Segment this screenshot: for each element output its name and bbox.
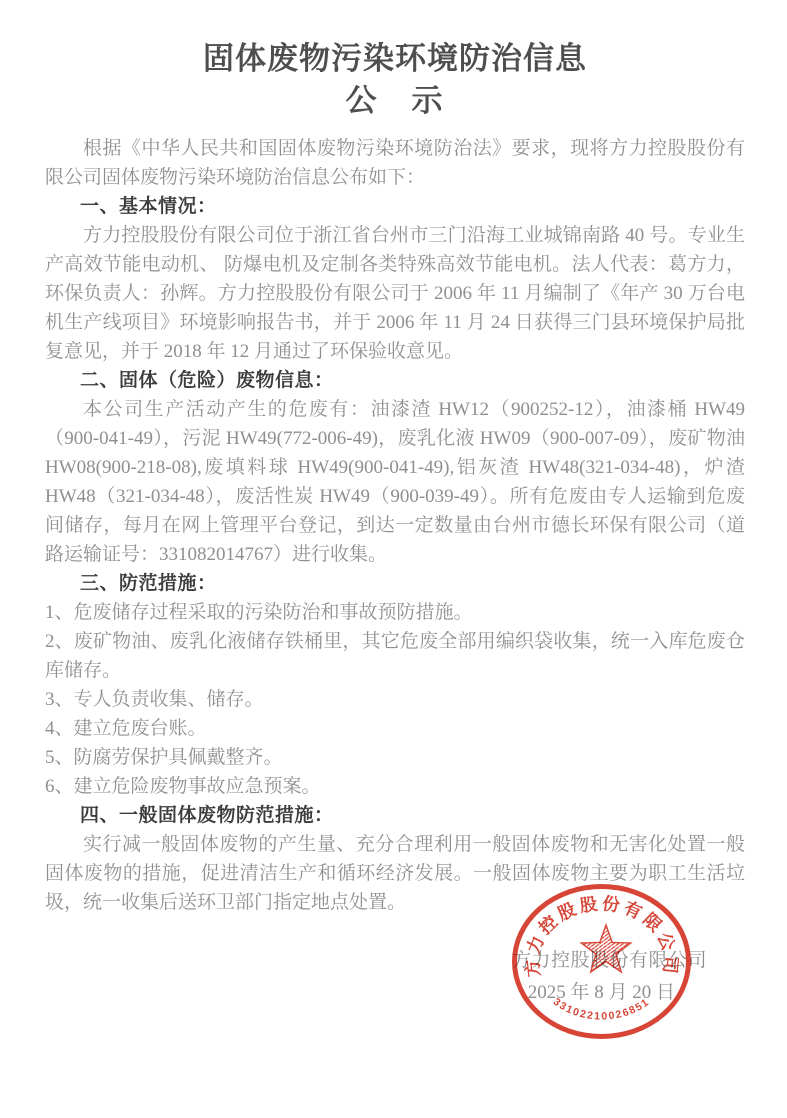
section-prevention-measures: 三、防范措施： 1、危废储存过程采取的污染防治和事故预防措施。 2、废矿物油、废… bbox=[45, 569, 745, 801]
section-1-heading: 一、基本情况： bbox=[45, 192, 745, 221]
signature-date: 2025 年 8 月 20 日 bbox=[528, 978, 675, 1007]
section-general-solid-waste: 四、一般固体废物防范措施： 实行减一般固体废物的产生量、充分合理利用一般固体废物… bbox=[45, 801, 745, 917]
section-4-paragraph: 实行减一般固体废物的产生量、充分合理利用一般固体废物和无害化处置一般固体废物的措… bbox=[45, 830, 745, 917]
section-4-heading: 四、一般固体废物防范措施： bbox=[45, 801, 745, 830]
intro-paragraph: 根据《中华人民共和国固体废物污染环境防治法》要求，现将方力控股股份有限公司固体废… bbox=[45, 134, 745, 192]
page-title: 固体废物污染环境防治信息 bbox=[45, 38, 745, 80]
list-item: 6、建立危险废物事故应急预案。 bbox=[45, 772, 745, 801]
list-item: 4、建立危废台账。 bbox=[45, 714, 745, 743]
list-item: 1、危废储存过程采取的污染防治和事故预防措施。 bbox=[45, 598, 745, 627]
list-item: 5、防腐劳保护具佩戴整齐。 bbox=[45, 743, 745, 772]
list-item: 2、废矿物油、废乳化液储存铁桶里，其它危废全部用编织袋收集，统一入库危废仓库储存… bbox=[45, 627, 745, 685]
section-basic-info: 一、基本情况： 方力控股股份有限公司位于浙江省台州市三门沿海工业城锦南路 40 … bbox=[45, 192, 745, 366]
list-item: 3、专人负责收集、储存。 bbox=[45, 685, 745, 714]
section-3-heading: 三、防范措施： bbox=[45, 569, 745, 598]
page-subtitle: 公 示 bbox=[45, 80, 745, 122]
signature-company-name: 方力控股股份有限公司 bbox=[512, 946, 707, 975]
document-content: 固体废物污染环境防治信息 公 示 根据《中华人民共和国固体废物污染环境防治法》要… bbox=[0, 0, 787, 917]
document-page: 固体废物污染环境防治信息 公 示 根据《中华人民共和国固体废物污染环境防治法》要… bbox=[0, 0, 787, 1118]
section-hazardous-waste-info: 二、固体（危险）废物信息： 本公司生产活动产生的危废有：油漆渣 HW12（900… bbox=[45, 366, 745, 569]
section-1-paragraph: 方力控股股份有限公司位于浙江省台州市三门沿海工业城锦南路 40 号。专业生产高效… bbox=[45, 221, 745, 366]
section-2-paragraph: 本公司生产活动产生的危废有：油漆渣 HW12（900252-12），油漆桶 HW… bbox=[45, 395, 745, 569]
section-2-heading: 二、固体（危险）废物信息： bbox=[45, 366, 745, 395]
